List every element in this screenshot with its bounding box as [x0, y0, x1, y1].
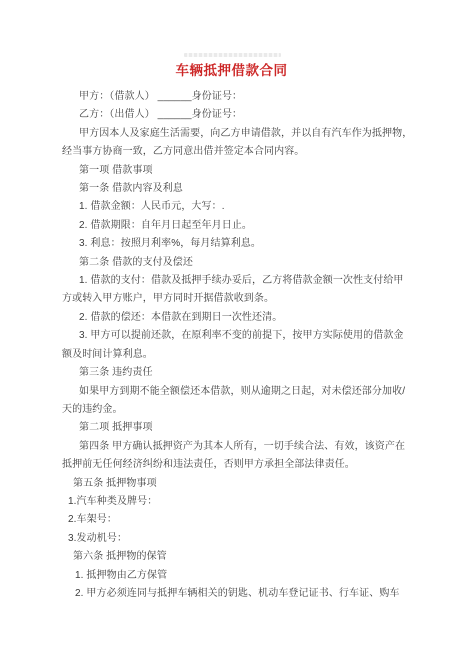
contract-line: 天的违约金。: [62, 401, 413, 419]
contract-line: 2. 借款期限：自年月日起至年月日止。: [62, 217, 413, 235]
contract-line: 3. 利息：按照月利率%，每月结算利息。: [62, 235, 413, 253]
contract-line: 第二项 抵押事项: [62, 419, 413, 437]
contract-line: 甲方因本人及家庭生活需要，向乙方申请借款，并以自有汽车作为抵押物，: [62, 125, 413, 143]
contract-line: 甲方：（借款人） ______身份证号：: [62, 88, 413, 106]
contract-line: 第一项 借款事项: [62, 162, 413, 180]
document-body: 甲方：（借款人） ______身份证号：乙方：（出借人） ______身份证号：…: [62, 88, 413, 603]
contract-line: 第六条 抵押物的保管: [62, 548, 413, 566]
contract-line: 1. 借款金额：人民币元，大写：.: [62, 198, 413, 216]
contract-line: 1.汽车种类及牌号：: [62, 493, 413, 511]
contract-line: 第一条 借款内容及利息: [62, 180, 413, 198]
contract-line: 1. 借款的支付：借款及抵押手续办妥后，乙方将借款金额一次性支付给甲: [62, 272, 413, 290]
contract-line: 2. 甲方必须连同与抵押车辆相关的钥匙、机动车登记证书、行车证、购车: [62, 585, 413, 603]
contract-line: 经当事方协商一致，乙方同意出借并签定本合同内容。: [62, 143, 413, 161]
contract-line: 第三条 违约责任: [62, 364, 413, 382]
contract-line: 2. 借款的偿还：本借款在到期日一次性还清。: [62, 309, 413, 327]
contract-line: 3.发动机号：: [62, 530, 413, 548]
contract-line: 第四条 甲方确认抵押资产为其本人所有，一切手续合法、有效，该资产在: [62, 438, 413, 456]
contract-line: 乙方：（出借人） ______身份证号：: [62, 106, 413, 124]
contract-line: 第二条 借款的支付及偿还: [62, 254, 413, 272]
contract-line: 抵押前无任何经济纠纷和违法责任，否则甲方承担全部法律责任。: [62, 456, 413, 474]
contract-document-page: 车辆抵押借款合同 甲方：（借款人） ______身份证号：乙方：（出借人） __…: [0, 0, 463, 655]
contract-line: 1. 抵押物由乙方保管: [62, 567, 413, 585]
document-title: 车辆抵押借款合同: [0, 59, 463, 79]
contract-line: 额及时间计算利息。: [62, 346, 413, 364]
faint-watermark: [184, 53, 281, 57]
contract-line: 方或转入甲方账户，甲方同时开据借款收到条。: [62, 290, 413, 308]
contract-line: 2.车架号：: [62, 511, 413, 529]
contract-line: 第五条 抵押物事项: [62, 475, 413, 493]
contract-line: 如果甲方到期不能全额偿还本借款，则从逾期之日起，对未偿还部分加收/: [62, 383, 413, 401]
contract-line: 3. 甲方可以提前还款，在原利率不变的前提下，按甲方实际使用的借款金: [62, 327, 413, 345]
